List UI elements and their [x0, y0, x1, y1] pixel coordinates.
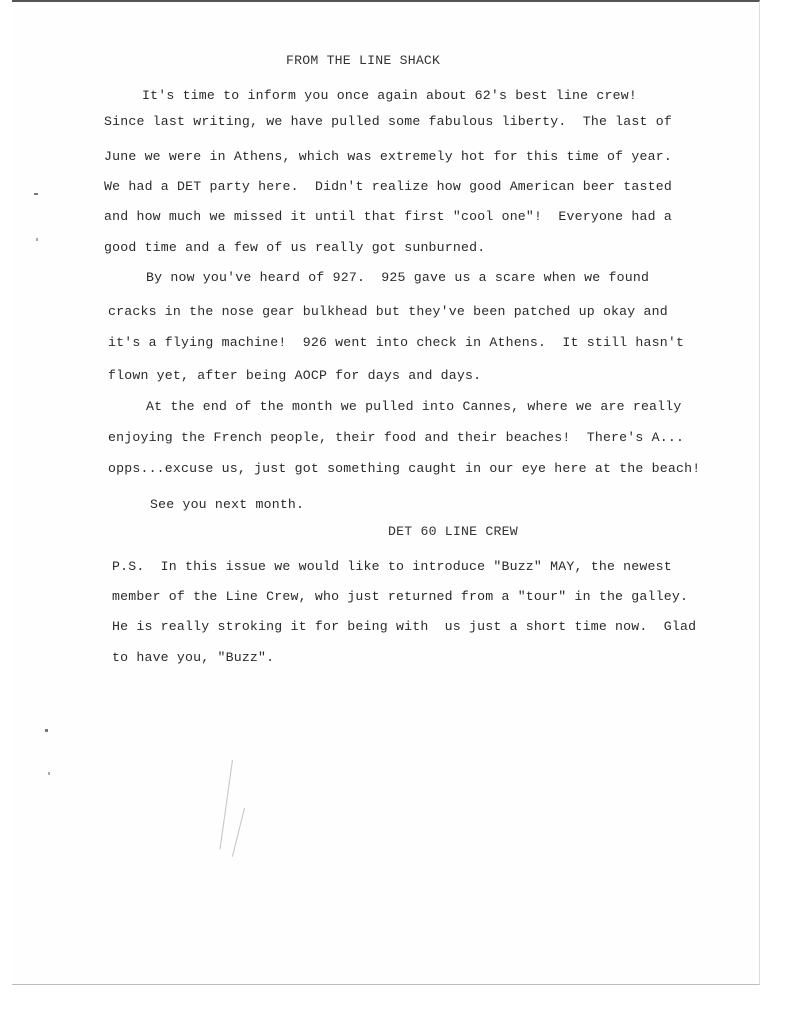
paragraph-3-line-2: enjoying the French people, their food a… [108, 430, 684, 446]
pencil-mark [232, 808, 245, 857]
paragraph-1-line-4: We had a DET party here. Didn't realize … [104, 179, 672, 195]
postscript-line-2: member of the Line Crew, who just return… [112, 589, 688, 605]
paragraph-1-line-6: good time and a few of us really got sun… [104, 240, 485, 256]
margin-speck [48, 772, 50, 775]
paragraph-2-line-2: cracks in the nose gear bulkhead but the… [108, 304, 668, 320]
paragraph-2-line-4: flown yet, after being AOCP for days and… [108, 368, 481, 384]
postscript-line-1: P.S. In this issue we would like to intr… [112, 559, 672, 575]
paragraph-3-line-3: opps...excuse us, just got something cau… [108, 461, 700, 477]
postscript-line-4: to have you, "Buzz". [112, 650, 274, 666]
paragraph-1-line-1: It's time to inform you once again about… [142, 88, 637, 104]
postscript-line-3: He is really stroking it for being with … [112, 619, 696, 635]
paragraph-1-line-2: Since last writing, we have pulled some … [104, 114, 672, 130]
paragraph-2-line-3: it's a flying machine! 926 went into che… [108, 335, 684, 351]
page-title: FROM THE LINE SHACK [286, 53, 440, 69]
margin-speck [45, 729, 48, 732]
paragraph-4-line-1: See you next month. [150, 497, 304, 513]
paragraph-3-line-1: At the end of the month we pulled into C… [146, 399, 682, 415]
margin-speck [36, 238, 38, 241]
typewritten-page: FROM THE LINE SHACK It's time to inform … [12, 0, 760, 985]
signature: DET 60 LINE CREW [388, 524, 518, 540]
margin-speck [34, 193, 38, 195]
paragraph-1-line-3: June we were in Athens, which was extrem… [104, 149, 672, 165]
paragraph-2-line-1: By now you've heard of 927. 925 gave us … [146, 270, 649, 286]
pencil-mark [219, 760, 233, 849]
paragraph-1-line-5: and how much we missed it until that fir… [104, 209, 672, 225]
